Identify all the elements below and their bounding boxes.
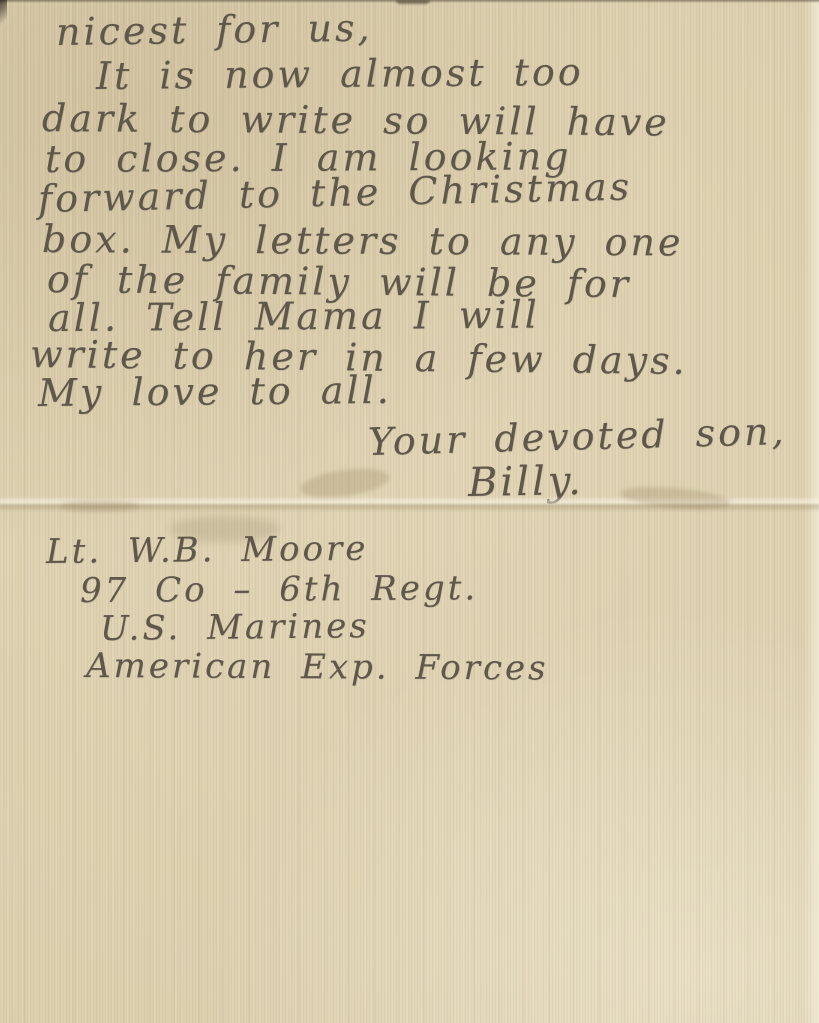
letter-closing: Your devoted son, — [367, 409, 787, 464]
scan-corner-artifact — [0, 0, 7, 26]
letter-scan-page: nicest for us, It is now almost too dark… — [0, 0, 819, 1023]
handwriting-line: It is now almost too — [96, 50, 584, 98]
handwriting-line: My love to all. — [38, 368, 392, 415]
address-line: Lt. W.B. Moore — [46, 529, 369, 572]
handwriting-line: nicest for us, — [56, 6, 373, 54]
scan-speck-artifact — [396, 0, 430, 4]
address-line: 97 Co – 6th Regt. — [80, 568, 478, 611]
address-line: American Exp. Forces — [86, 646, 549, 688]
crease-wrinkle — [60, 500, 140, 512]
address-line: U.S. Marines — [100, 606, 370, 649]
